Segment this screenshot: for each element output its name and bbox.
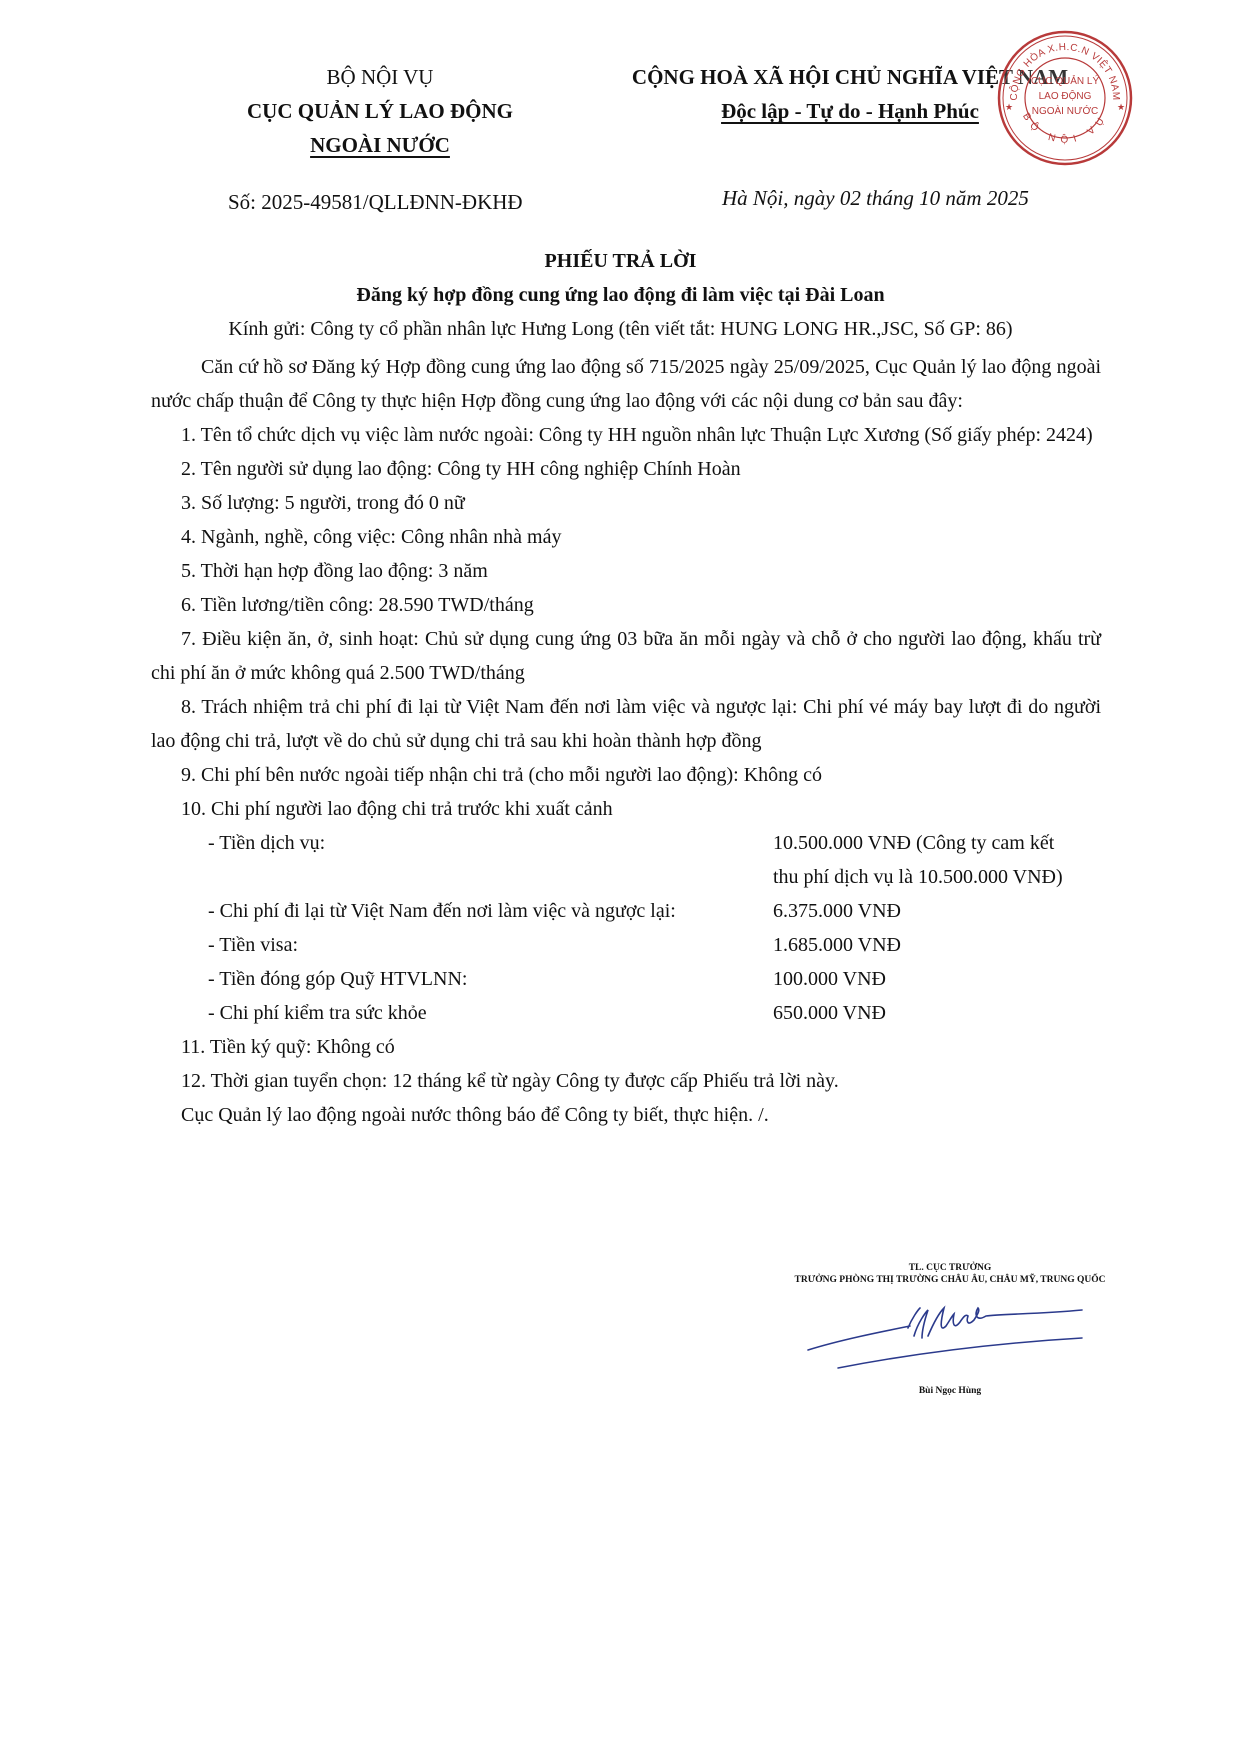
intro-paragraph: Căn cứ hồ sơ Đăng ký Hợp đồng cung ứng l…: [151, 350, 1101, 418]
department-name-line2: NGOÀI NƯỚC: [310, 133, 450, 157]
cost-table: - Tiền dịch vụ:10.500.000 VNĐ (Công ty c…: [208, 826, 1101, 1030]
list-item: 8. Trách nhiệm trả chi phí đi lại từ Việ…: [151, 690, 1101, 758]
closing-paragraph: Cục Quản lý lao động ngoài nước thông bá…: [151, 1098, 1101, 1132]
list-item: 4. Ngành, nghề, công việc: Công nhân nhà…: [151, 520, 1101, 554]
item-list-continued: 11. Tiền ký quỹ: Không có12. Thời gian t…: [151, 1030, 1101, 1098]
national-motto: Độc lập - Tự do - Hạnh Phúc: [721, 99, 979, 123]
list-item: 12. Thời gian tuyển chọn: 12 tháng kể từ…: [151, 1064, 1101, 1098]
handwritten-signature-icon: [800, 1292, 1100, 1372]
cost-value: 10.500.000 VNĐ (Công ty cam kết thu phí …: [773, 826, 1083, 894]
document-number: Số: 2025-49581/QLLĐNN-ĐKHĐ: [228, 190, 523, 215]
ministry-name: BỘ NỘI VỤ: [160, 60, 600, 94]
cost-label: - Tiền dịch vụ:: [208, 826, 773, 894]
cost-label: - Tiền visa:: [208, 928, 773, 962]
recipient-line: Kính gửi: Công ty cổ phần nhân lực Hưng …: [0, 318, 1241, 341]
cost-label: - Chi phí kiểm tra sức khỏe: [208, 996, 773, 1030]
list-item: 9. Chi phí bên nước ngoài tiếp nhận chi …: [151, 758, 1101, 792]
document-body: Căn cứ hồ sơ Đăng ký Hợp đồng cung ứng l…: [151, 350, 1101, 1132]
signature-title-line2: TRƯỞNG PHÒNG THỊ TRƯỜNG CHÂU ÂU, CHÂU MỸ…: [760, 1274, 1140, 1286]
cost-row: - Tiền đóng góp Quỹ HTVLNN:100.000 VNĐ: [208, 962, 1101, 996]
cost-row: - Chi phí kiểm tra sức khỏe650.000 VNĐ: [208, 996, 1101, 1030]
cost-row: - Tiền dịch vụ:10.500.000 VNĐ (Công ty c…: [208, 826, 1101, 894]
cost-value: 6.375.000 VNĐ: [773, 894, 1083, 928]
cost-label: - Tiền đóng góp Quỹ HTVLNN:: [208, 962, 773, 996]
list-item: 5. Thời hạn hợp đồng lao động: 3 năm: [151, 554, 1101, 588]
document-page: BỘ NỘI VỤ CỤC QUẢN LÝ LAO ĐỘNG NGOÀI NƯỚ…: [0, 0, 1241, 1755]
issuer-header: BỘ NỘI VỤ CỤC QUẢN LÝ LAO ĐỘNG NGOÀI NƯỚ…: [160, 60, 600, 162]
list-item: 2. Tên người sử dụng lao động: Công ty H…: [151, 452, 1101, 486]
svg-text:NGOÀI NƯỚC: NGOÀI NƯỚC: [1032, 104, 1099, 117]
list-item: 3. Số lượng: 5 người, trong đó 0 nữ: [151, 486, 1101, 520]
list-item: 7. Điều kiện ăn, ở, sinh hoạt: Chủ sử dụ…: [151, 622, 1101, 690]
svg-text:CỤC QUẢN LÝ: CỤC QUẢN LÝ: [1031, 74, 1100, 87]
cost-row: - Chi phí đi lại từ Việt Nam đến nơi làm…: [208, 894, 1101, 928]
place-date: Hà Nội, ngày 02 tháng 10 năm 2025: [722, 186, 1029, 211]
document-subtitle: Đăng ký hợp đồng cung ứng lao động đi là…: [0, 284, 1241, 307]
document-title: PHIẾU TRẢ LỜI: [0, 250, 1241, 273]
list-item: 11. Tiền ký quỹ: Không có: [151, 1030, 1101, 1064]
list-item: 6. Tiền lương/tiền công: 28.590 TWD/thán…: [151, 588, 1101, 622]
cost-row: - Tiền visa:1.685.000 VNĐ: [208, 928, 1101, 962]
cost-label: - Chi phí đi lại từ Việt Nam đến nơi làm…: [208, 894, 773, 928]
department-name-line1: CỤC QUẢN LÝ LAO ĐỘNG: [160, 94, 600, 128]
svg-text:LAO ĐỘNG: LAO ĐỘNG: [1039, 89, 1092, 102]
official-seal-icon: CỘNG HÒA X.H.C.N VIỆT NAM BỘ NỘI VỤ CỤC …: [995, 28, 1135, 168]
list-item: 1. Tên tổ chức dịch vụ việc làm nước ngo…: [151, 418, 1101, 452]
signature-block: TL. CỤC TRƯỞNG TRƯỞNG PHÒNG THỊ TRƯỜNG C…: [760, 1262, 1140, 1286]
cost-value: 1.685.000 VNĐ: [773, 928, 1083, 962]
signature-title-line1: TL. CỤC TRƯỞNG: [760, 1262, 1140, 1274]
cost-value: 100.000 VNĐ: [773, 962, 1083, 996]
signer-name: Bùi Ngọc Hùng: [760, 1386, 1140, 1396]
cost-value: 650.000 VNĐ: [773, 996, 1083, 1030]
svg-text:★: ★: [1005, 102, 1013, 112]
svg-text:★: ★: [1117, 102, 1125, 112]
list-item: 10. Chi phí người lao động chi trả trước…: [151, 792, 1101, 826]
item-list: 1. Tên tổ chức dịch vụ việc làm nước ngo…: [151, 418, 1101, 826]
